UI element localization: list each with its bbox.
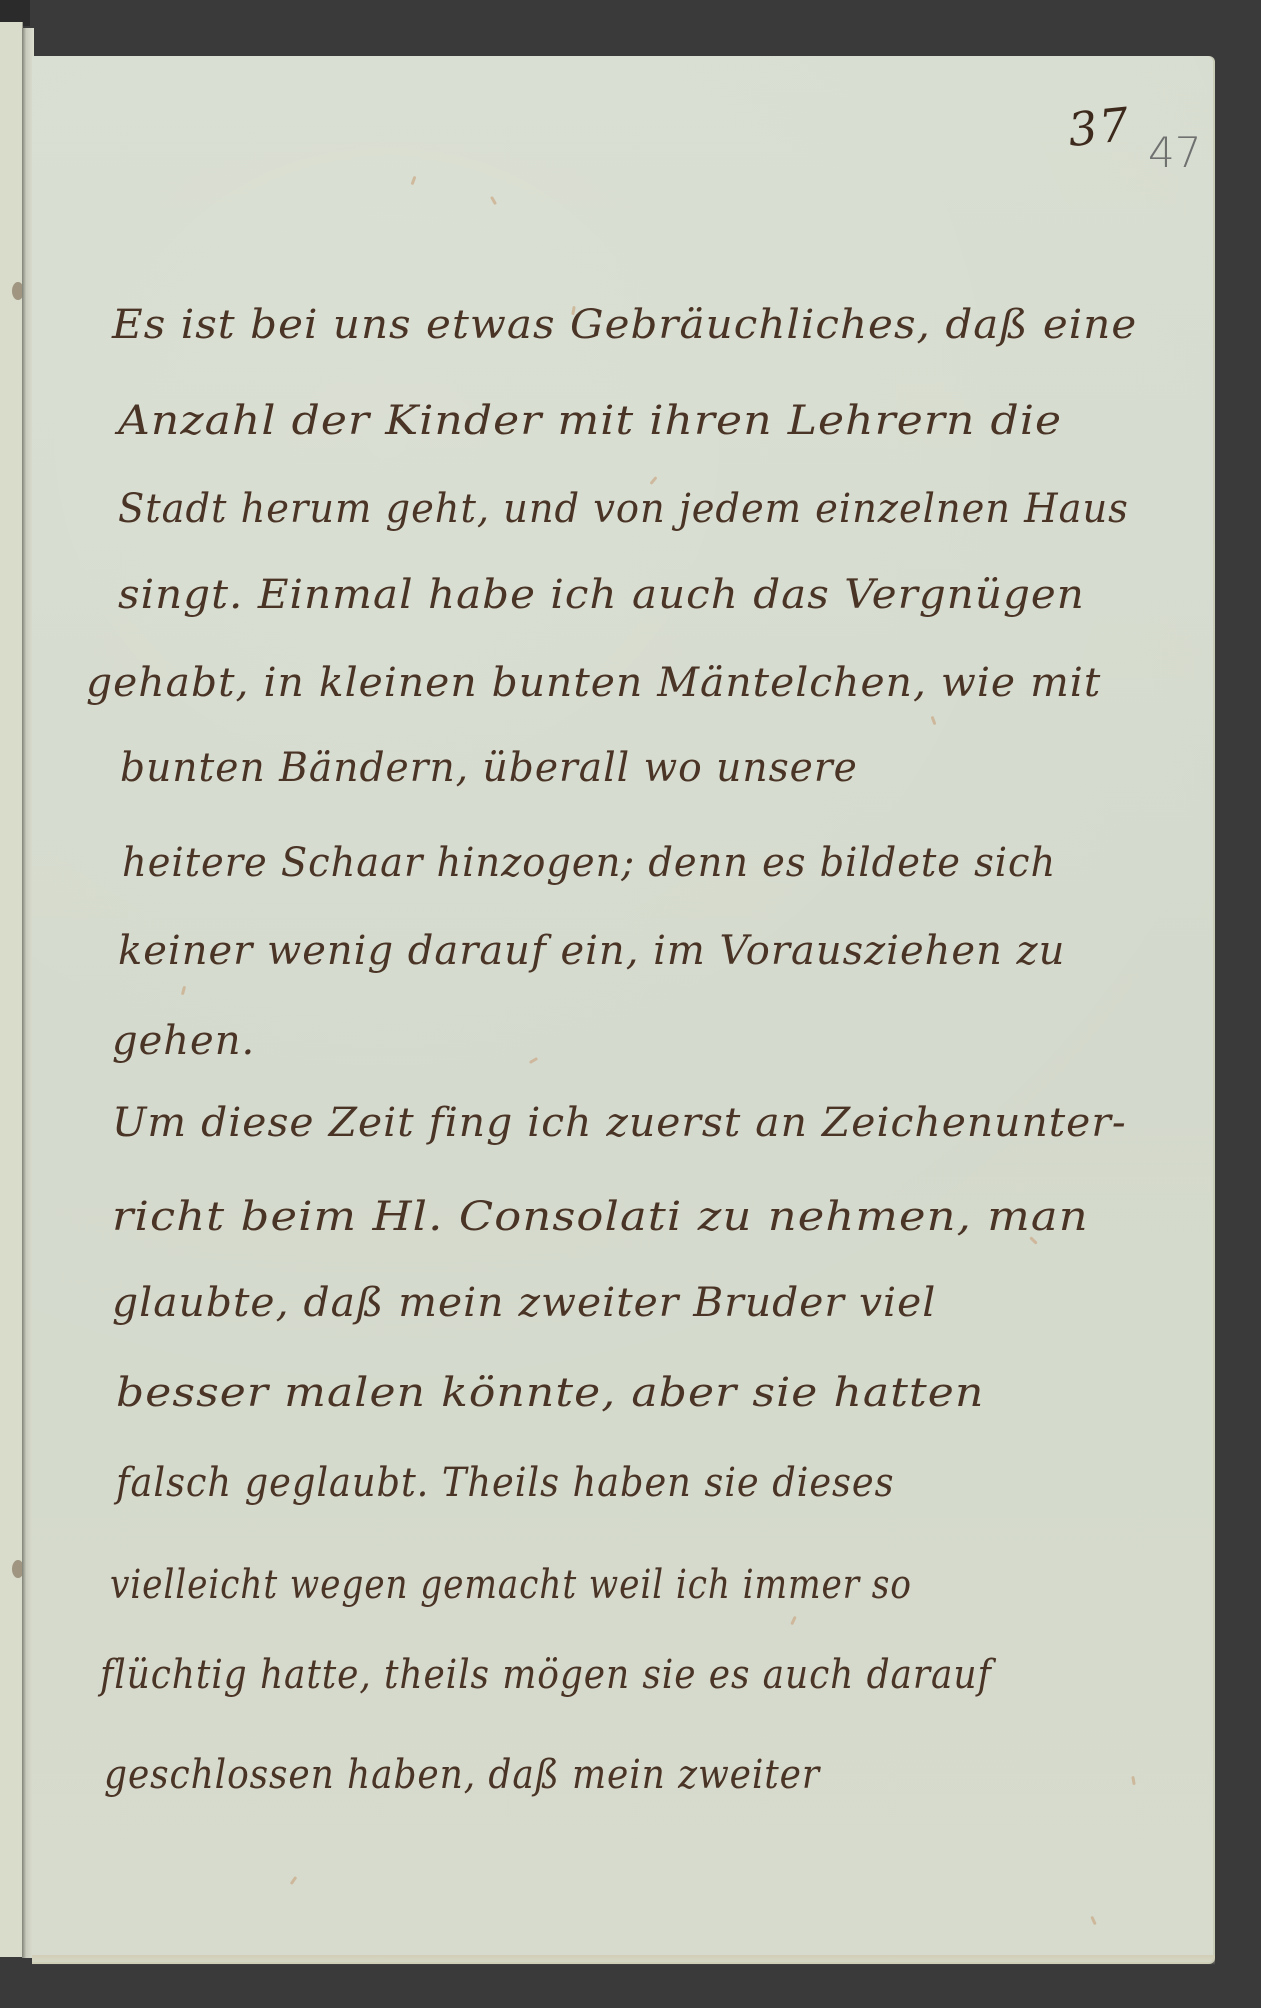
text-line: keiner wenig darauf ein, im Vorausziehen… [118,928,1065,974]
text-line: singt. Einmal habe ich auch das Vergnüge… [118,572,1085,618]
text-line: Es ist bei uns etwas Gebräuchliches, daß… [112,302,1137,348]
text-line: richt beim Hl. Consolati zu nehmen, man [112,1194,1089,1240]
text-line: gehen. [112,1018,255,1064]
text-line: bunten Bändern, überall wo unsere [120,745,858,791]
text-line: gehabt, in kleinen bunten Mäntelchen, wi… [86,660,1101,706]
text-line: geschlossen haben, daß mein zweiter [104,1752,820,1798]
manuscript-scan: 37 47 Es ist bei uns etwas Gebräuchliche… [0,0,1261,2008]
text-line: flüchtig hatte, theils mögen sie es auch… [100,1652,992,1698]
text-line: Um diese Zeit fing ich zuerst an Zeichen… [112,1100,1127,1146]
page-bottom-edge [32,1955,1215,1965]
text-line: Stadt herum geht, und von jedem einzelne… [118,486,1129,532]
handwritten-text: Es ist bei uns etwas Gebräuchliches, daß… [0,0,1261,2008]
text-line: besser malen könnte, aber sie hatten [116,1370,984,1416]
text-line: falsch geglaubt. Theils haben sie dieses [116,1460,894,1506]
text-line: glaubte, daß mein zweiter Bruder viel [112,1280,936,1326]
text-line: Anzahl der Kinder mit ihren Lehrern die [118,398,1062,444]
text-line: heitere Schaar hinzogen; denn es bildete… [122,840,1056,886]
text-line: vielleicht wegen gemacht weil ich immer … [110,1562,912,1608]
